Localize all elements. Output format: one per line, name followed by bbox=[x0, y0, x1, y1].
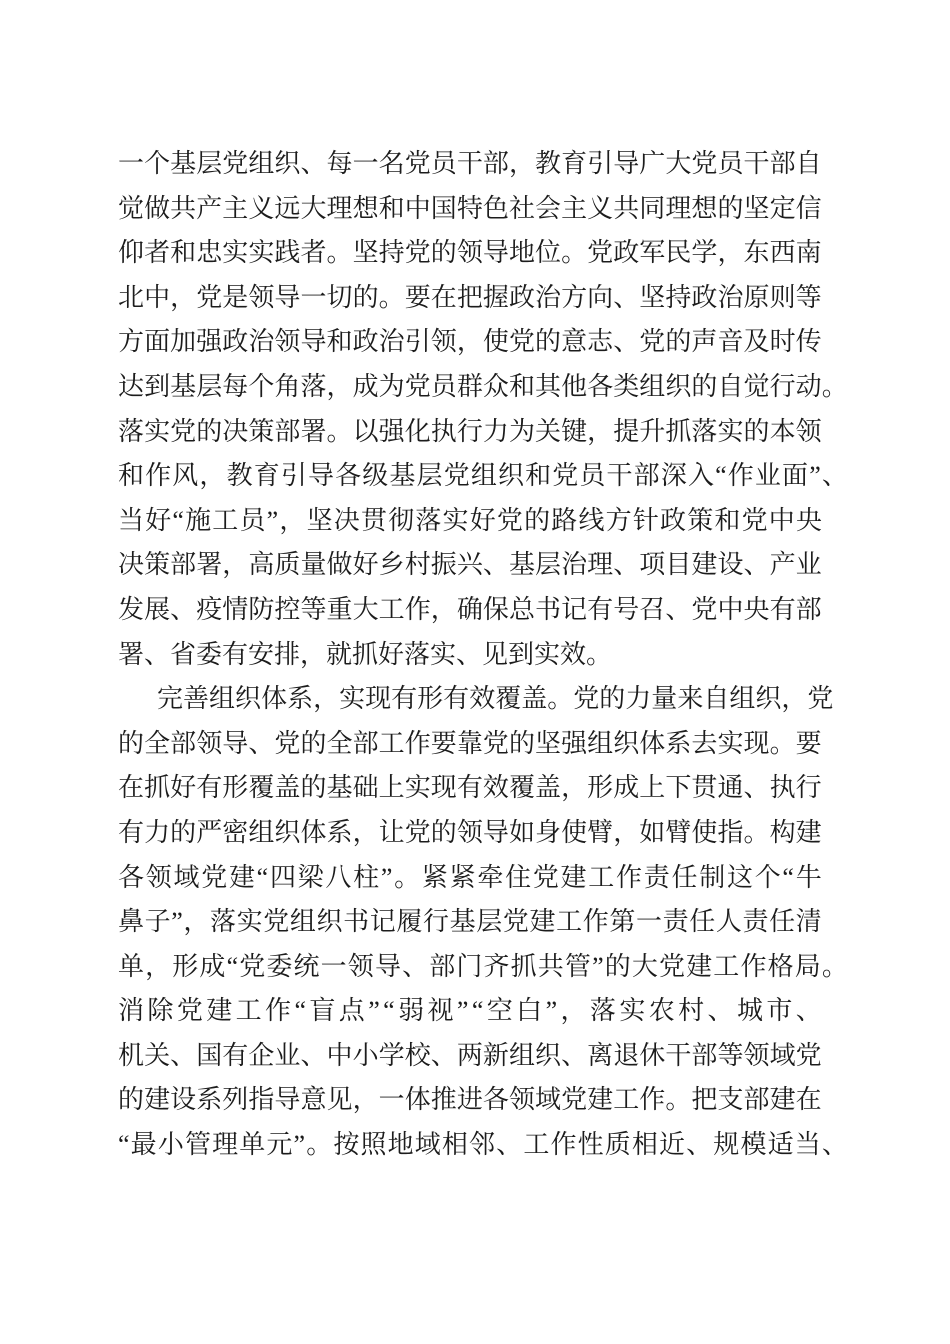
text-line: 完善组织体系，实现有形有效覆盖。党的力量来自组织，党 bbox=[118, 677, 822, 722]
text-line: 仰者和忠实实践者。坚持党的领导地位。党政军民学，东西南 bbox=[118, 231, 822, 276]
text-line: “最小管理单元”。按照地域相邻、工作性质相近、规模适当、 bbox=[118, 1123, 848, 1168]
text-line: 北中，党是领导一切的。要在把握政治方向、坚持政治原则等 bbox=[118, 276, 822, 321]
document-text-block: 一个基层党组织、每一名党员干部，教育引导广大党员干部自觉做共产主义远大理想和中国… bbox=[118, 142, 848, 1168]
text-line: 机关、国有企业、中小学校、两新组织、离退休干部等领域党 bbox=[118, 1034, 822, 1079]
text-line: 的建设系列指导意见，一体推进各领域党建工作。把支部建在 bbox=[118, 1078, 822, 1123]
text-line: 的全部领导、党的全部工作要靠党的坚强组织体系去实现。要 bbox=[118, 722, 822, 767]
text-line: 发展、疫情防控等重大工作，确保总书记有号召、党中央有部 bbox=[118, 588, 822, 633]
text-line: 在抓好有形覆盖的基础上实现有效覆盖，形成上下贯通、执行 bbox=[118, 766, 822, 811]
document-page: 一个基层党组织、每一名党员干部，教育引导广大党员干部自觉做共产主义远大理想和中国… bbox=[0, 0, 950, 1344]
text-line: 落实党的决策部署。以强化执行力为关键，提升抓落实的本领 bbox=[118, 410, 822, 455]
text-line: 鼻子”，落实党组织书记履行基层党建工作第一责任人责任清 bbox=[118, 900, 822, 945]
text-line: 消除党建工作“盲点”“弱视”“空白”，落实农村、城市、 bbox=[118, 989, 822, 1034]
text-line: 达到基层每个角落，成为党员群众和其他各类组织的自觉行动。 bbox=[118, 365, 848, 410]
text-line: 单，形成“党委统一领导、部门齐抓共管”的大党建工作格局。 bbox=[118, 945, 848, 990]
text-line: 当好“施工员”，坚决贯彻落实好党的路线方针政策和党中央 bbox=[118, 499, 822, 544]
text-line: 各领域党建“四梁八柱”。紧紧牵住党建工作责任制这个“牛 bbox=[118, 856, 822, 901]
text-line: 署、省委有安排，就抓好落实、见到实效。 bbox=[118, 633, 822, 678]
text-line: 觉做共产主义远大理想和中国特色社会主义共同理想的坚定信 bbox=[118, 187, 822, 232]
text-line: 有力的严密组织体系，让党的领导如身使臂，如臂使指。构建 bbox=[118, 811, 822, 856]
text-line: 方面加强政治领导和政治引领，使党的意志、党的声音及时传 bbox=[118, 320, 822, 365]
text-line: 一个基层党组织、每一名党员干部，教育引导广大党员干部自 bbox=[118, 142, 822, 187]
text-line: 和作风，教育引导各级基层党组织和党员干部深入“作业面”、 bbox=[118, 454, 848, 499]
text-line: 决策部署，高质量做好乡村振兴、基层治理、项目建设、产业 bbox=[118, 543, 822, 588]
